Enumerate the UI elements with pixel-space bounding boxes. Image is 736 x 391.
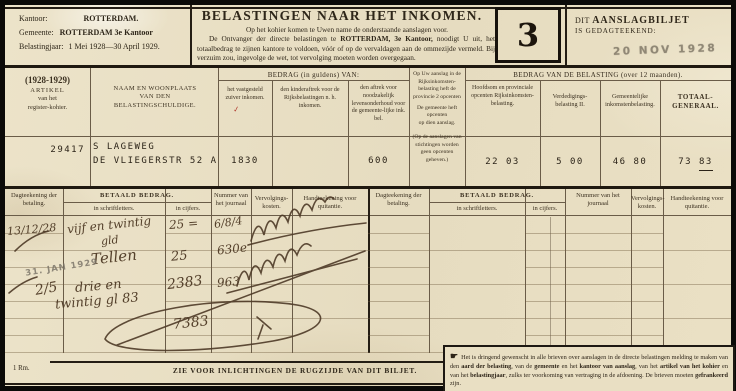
bedrag-col2-header: den kinderaftrek voor de Rijksbelastinge… xyxy=(275,87,345,110)
notice-box: ☛Het is dringend gewenscht in alle briev… xyxy=(443,345,735,391)
naam-column-header: NAAM EN WOONPLAATS VAN DEN BELASTINGSCHU… xyxy=(92,85,218,110)
scanned-tax-document: Kantoor: ROTTERDAM. Gemeente: ROTTERDAM … xyxy=(0,0,736,391)
divider xyxy=(272,80,273,186)
divider xyxy=(465,80,731,81)
kantoor-label: Kantoor: xyxy=(19,14,47,23)
sheet-number-box: 3 xyxy=(495,7,561,63)
bedrag-col3-header: den aftrek voor noodzakelijk levensonder… xyxy=(351,85,406,124)
ruled-rows xyxy=(525,217,631,353)
kantoor-value: ROTTERDAM. xyxy=(83,14,138,23)
jaar-value: 1 Mei 1928—30 April 1929. xyxy=(68,42,159,51)
totaal-underline xyxy=(699,170,713,171)
dated-line: DIT AANSLAGBILJET xyxy=(575,15,690,26)
year-label: (1928-1929) xyxy=(7,75,88,87)
intro-line: Op het kohier komen te Uwen name de onde… xyxy=(201,25,493,34)
artikel-sub1: van het xyxy=(7,95,88,103)
divider xyxy=(565,5,567,65)
opcenten-note4: (Op de aanslagen van stichtingen worden … xyxy=(411,134,463,165)
footer-ref: 1 Rm. xyxy=(13,365,30,372)
date-stamp: 20 NOV 1928 xyxy=(613,42,718,58)
belasting-group-header: BEDRAG VAN DE BELASTING (over 12 maanden… xyxy=(465,71,731,79)
office-line-kantoor: Kantoor: ROTTERDAM. xyxy=(19,14,138,23)
artikel-sub2: register-kohier. xyxy=(7,104,88,112)
belasting-col1-header: Hoofdsom en provinciale opcenten Rijksin… xyxy=(468,85,537,108)
belasting-col2-header: Verdedigings-belasting II. xyxy=(543,93,597,109)
sheet-number: 3 xyxy=(517,16,539,54)
dated-gedagteekend: IS GEDAGTEEKEND: xyxy=(575,27,656,35)
costs-column-header-right: Vervolgings-kosten. xyxy=(631,195,663,212)
divider xyxy=(429,202,565,203)
in-figures-header-right: in cijfers. xyxy=(525,205,565,213)
artikel-label: ARTIKEL xyxy=(7,87,88,95)
paid-group-header-right: BETAALD BEDRAG. xyxy=(429,192,565,200)
divider xyxy=(348,80,349,186)
signature-tick xyxy=(257,317,271,339)
signature-overlay xyxy=(5,189,370,353)
backside-note: ZIE VOOR INLICHTINGEN DE RUGZIJDE VAN DI… xyxy=(105,366,485,375)
red-check-icon: ✓ xyxy=(232,104,240,114)
pointing-hand-icon: ☛ xyxy=(450,351,458,361)
divider xyxy=(218,80,409,81)
opcenten-note2: De gemeente heft opcenten xyxy=(411,105,463,120)
value-hoofdsom: 22 03 xyxy=(465,157,540,167)
opcenten-note: Op Uw aanslag in de Rijksinkomsten-belas… xyxy=(411,71,463,165)
value-aftrek: 600 xyxy=(348,156,409,166)
naam-line2: VAN DEN xyxy=(92,93,218,101)
in-words-header-right: in schriftletters. xyxy=(429,205,525,213)
value-totaal: 73 83 xyxy=(660,157,731,167)
office-line-gemeente: Gemeente: ROTTERDAM 3e Kantoor xyxy=(19,28,153,37)
signature-column-header-right: Handteekening voor quitantie. xyxy=(663,195,731,212)
value-gemeentelijk: 46 80 xyxy=(600,157,660,167)
naam-line3: BELASTINGSCHULDIGE. xyxy=(92,102,218,110)
signature-scribble-2 xyxy=(237,244,311,286)
opcenten-note3: op dien aanslag. xyxy=(411,120,463,128)
naam-line1: NAAM EN WOONPLAATS xyxy=(92,85,218,93)
dated-aanslagbiljet: AANSLAGBILJET xyxy=(592,15,689,26)
divider xyxy=(600,80,601,186)
divider xyxy=(660,80,661,186)
artikel-number: 29417 xyxy=(35,145,85,155)
divider xyxy=(465,68,466,186)
date-column-header-right: Dagteekening der betaling. xyxy=(368,192,429,209)
bedrag-col1-header: het vastgesteld zuiver inkomen. xyxy=(221,87,269,103)
ruled-rows xyxy=(368,217,429,353)
artikel-column-header: (1928-1929) ARTIKEL van het register-koh… xyxy=(7,75,88,112)
taxpayer-name: S LAGEWEG xyxy=(93,142,155,152)
document-paper: Kantoor: ROTTERDAM. Gemeente: ROTTERDAM … xyxy=(5,5,731,386)
stray-stroke-1 xyxy=(15,231,49,251)
signature-flourish-line xyxy=(117,251,365,345)
taxpayer-address: DE VLIEGERSTR 52 A xyxy=(93,156,218,166)
divider xyxy=(5,136,731,137)
divider xyxy=(90,68,91,186)
notice-text: Het is dringend gewenscht in alle brieve… xyxy=(450,354,728,387)
belasting-col3-header: Gemeentelijke inkomstenbelasting. xyxy=(603,93,657,109)
stray-stroke-2 xyxy=(9,277,37,293)
ruled-rows xyxy=(663,217,731,353)
ruled-rows xyxy=(631,217,663,353)
office-line-belastingjaar: Belastingjaar: 1 Mei 1928—30 April 1929. xyxy=(19,42,160,51)
jaar-label: Belastingjaar: xyxy=(19,42,63,51)
document-title: BELASTINGEN NAAR HET INKOMEN. xyxy=(192,8,492,24)
totaal-column-header: TOTAAL-GENERAAL. xyxy=(663,93,728,111)
value-inkomen: 1830 xyxy=(218,156,272,166)
divider xyxy=(540,80,541,186)
ruled-rows xyxy=(429,217,525,353)
divider xyxy=(218,68,219,186)
intro-body: De Ontvanger der directe belastingen te … xyxy=(197,34,495,63)
divider xyxy=(409,68,410,186)
divider xyxy=(5,65,731,68)
opcenten-note1: Op Uw aanslag in de Rijksinkomsten-belas… xyxy=(411,71,463,102)
dated-dit: DIT xyxy=(575,16,590,25)
gemeente-value: ROTTERDAM 3e Kantoor xyxy=(60,28,153,37)
value-verdediging: 5 00 xyxy=(540,157,600,167)
journal-column-header-right: Nummer van het journaal xyxy=(565,192,631,209)
bedrag-group-header: BEDRAG (in guldens) VAN: xyxy=(218,71,409,79)
gemeente-label: Gemeente: xyxy=(19,28,54,37)
signature-strike xyxy=(227,259,357,293)
